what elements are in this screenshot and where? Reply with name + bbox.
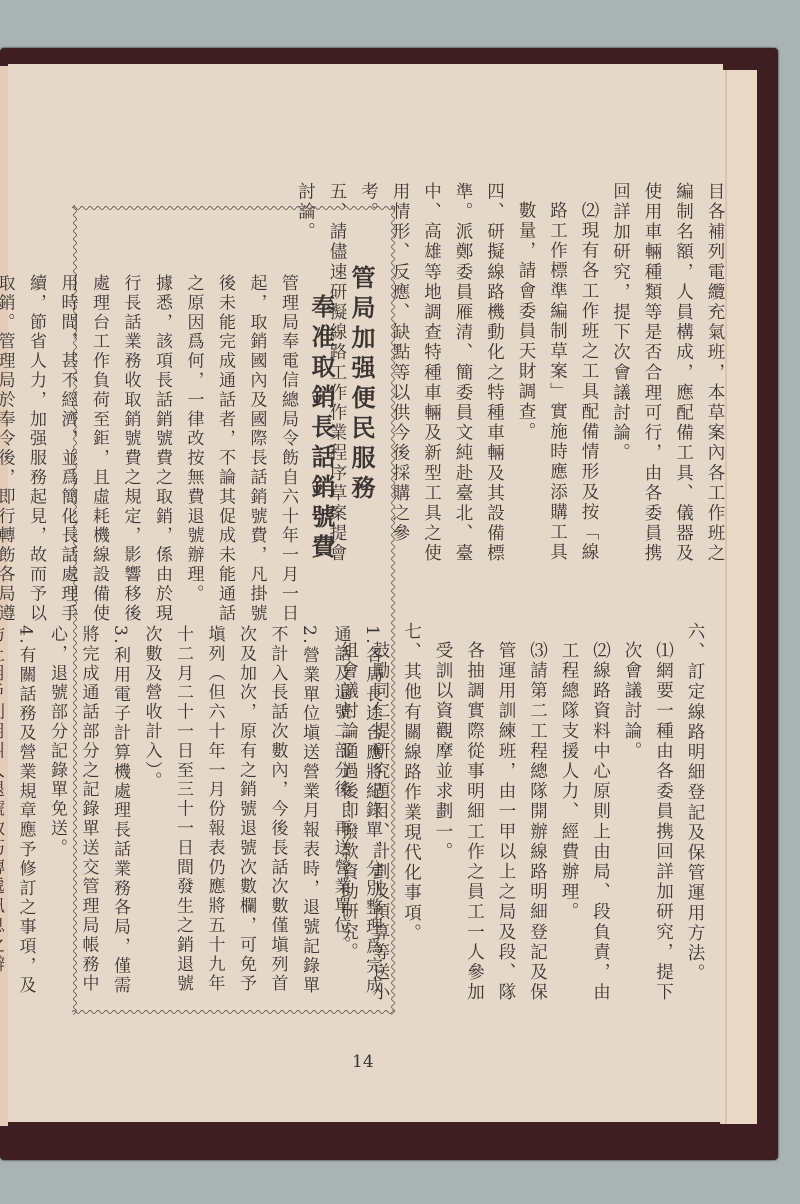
paragraph: ⑵線路資料中心原則上由局、段負責，由工程總隊支援人力、經費辦理。 (553, 622, 616, 1022)
paragraph: 據悉，該項長話銷號費之取銷，係由於現行長話業務收取銷號費之規定，影響移後處理台工… (0, 255, 177, 635)
paragraph: 管理局奉電信總局令飭自六十年一月一日起，取銷國內及國際長話銷號費，凡掛號後未能完… (177, 255, 303, 635)
item-text: 利用電子計算機處理長話業務各局，僅需將完成通話部分之記錄單送交管理局帳務中心，退… (47, 625, 130, 995)
item-number: 2. (299, 625, 319, 646)
paragraph: 目各補列電纜充氣班，本草案內各工作班之編制名額，人員構成，應配備工具、儀器及使用… (604, 182, 730, 582)
item-number: 4. (16, 625, 36, 646)
item-number: 3. (110, 625, 130, 646)
list-item: 1.各局長途台應將紀錄單，分別整理爲完成通話及退號二部分後，再送營業單位。 (324, 625, 387, 1005)
item-text: 各局長途台應將紀錄單，分別整理爲完成通話及退號二部分後，再送營業單位。 (331, 625, 383, 995)
paragraph: 七、其他有關線路作業現代化事項。 (395, 622, 427, 1022)
page-number: 14 (352, 1052, 374, 1072)
article-intro: 管理局奉電信總局令飭自六十年一月一日起，取銷國內及國際長話銷號費，凡掛號後未能完… (0, 255, 303, 635)
title-line-1: 管局加强便民服務 (341, 265, 381, 564)
right-column-top: 目各補列電纜充氣班，本草案內各工作班之編制名額，人員構成，應配備工具、儀器及使用… (410, 182, 730, 582)
boxed-article: 管局加强便民服務 奉准取銷長話銷號費 管理局奉電信總局令飭自六十年一月一日起，取… (72, 205, 395, 1015)
article-title: 管局加强便民服務 奉准取銷長話銷號費 (301, 265, 381, 564)
item-text: 營業單位塡送營業月報表時，退號記錄單不計入長話次數內，今後長話次數僅塡列首次及加… (142, 625, 320, 995)
item-number: 1. (362, 625, 382, 646)
paragraph: ⑴網要一種由各委員携回詳加研究，提下次會議討論。 (616, 622, 679, 1022)
item-text: 有關話務及營業規章應予修訂之事項，及防止用戶利用叫人退號取巧傳遞訊息之辦法，管理… (0, 625, 36, 995)
right-column-bottom: 六、訂定線路明細登記及保管運用方法。 ⑴網要一種由各委員携回詳加研究，提下次會議… (410, 622, 710, 1022)
title-line-2: 奉准取銷長話銷號費 (301, 265, 341, 564)
list-item: 4.有關話務及營業規章應予修訂之事項，及防止用戶利用叫人退號取巧傳遞訊息之辦法，… (0, 625, 41, 1005)
list-item: 3.利用電子計算機處理長話業務各局，僅需將完成通話部分之記錄單送交管理局帳務中心… (41, 625, 136, 1005)
list-item: 2.營業單位塡送營業月報表時，退號記錄單不計入長話次數內，今後長話次數僅塡列首次… (135, 625, 324, 1005)
article-items: 1.各局長途台應將紀錄單，分別整理爲完成通話及退號二部分後，再送營業單位。 2.… (0, 625, 387, 1005)
paragraph: ⑶請第二工程總隊開辦線路明細登記及保管運用訓練班，由一甲以上之局及段、隊各抽調實… (427, 622, 553, 1022)
paragraph: 六、訂定線路明細登記及保管運用方法。 (679, 622, 711, 1022)
paragraph: ⑵現有各工作班之工具配備情形及按「線路工作標準編制草案」實施時應添購工具數量，請… (510, 182, 605, 582)
